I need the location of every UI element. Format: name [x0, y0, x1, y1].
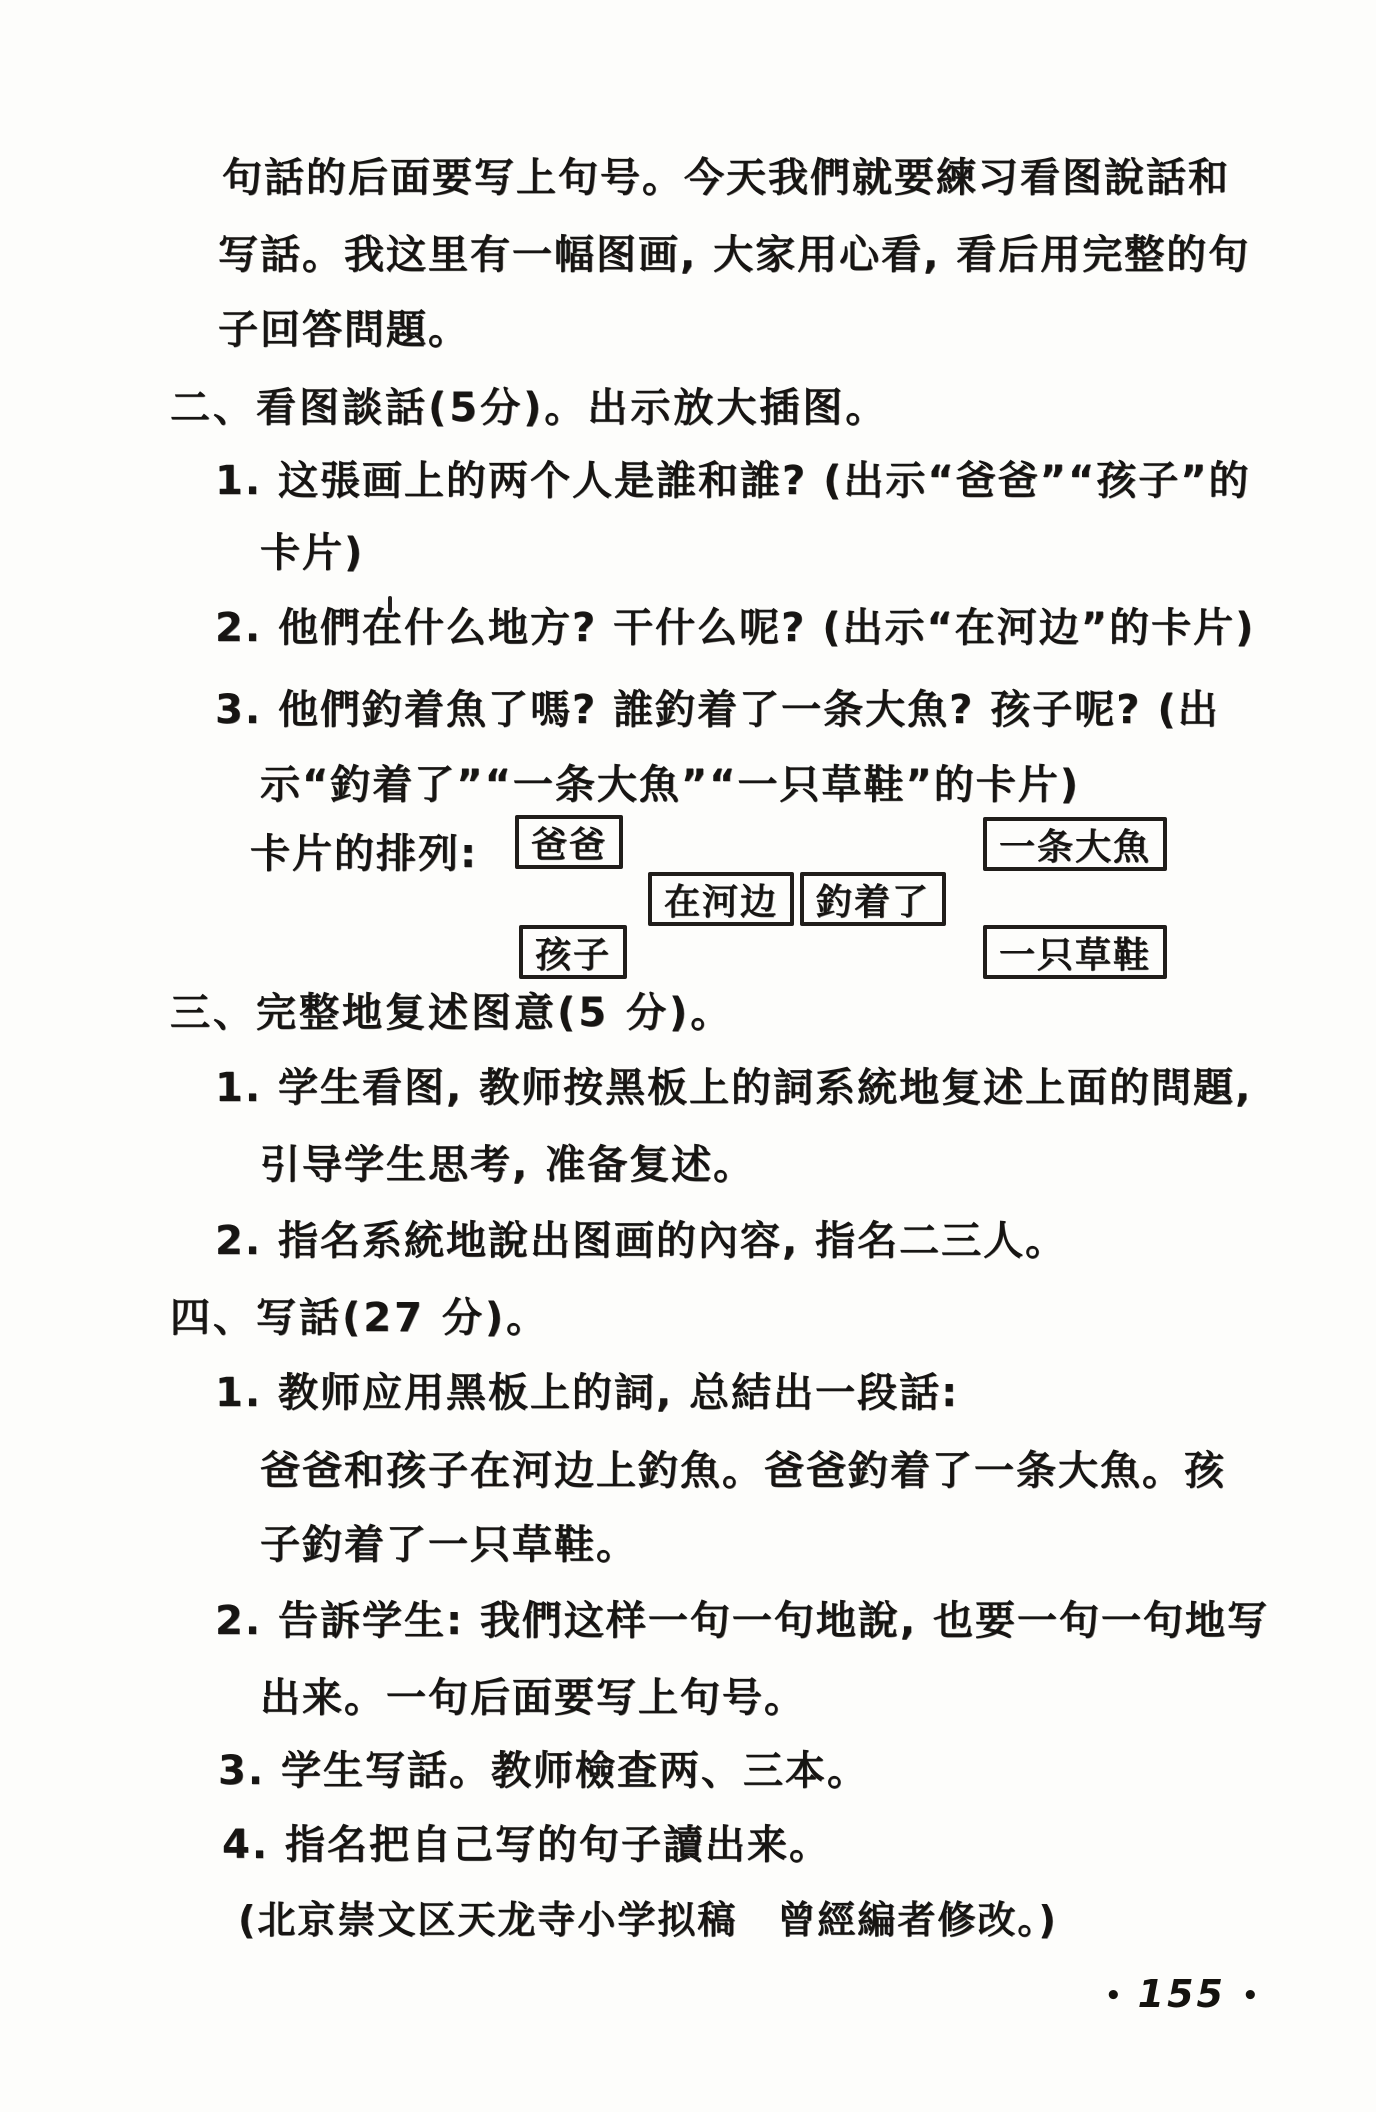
card-big-fish: 一条大魚: [983, 817, 1167, 871]
section-two-item-3-line-2: 示“釣着了”“一条大魚”“一只草鞋”的卡片): [260, 762, 1080, 808]
section-four-item-2-line-2: 出来。一句后面要写上句号。: [260, 1675, 806, 1721]
section-four-item-2-line-1: 2. 告訴学生: 我們这样一句一句地說, 也要一句一句地写: [215, 1598, 1269, 1644]
card-riverside: 在河边: [648, 872, 794, 926]
section-four-item-3: 3. 学生写話。教师檢查两、三本。: [218, 1748, 869, 1794]
scanned-document-page: 句話的后面要写上句号。今天我們就要練习看图說話和 写話。我这里有一幅图画, 大家…: [0, 0, 1376, 2112]
card-straw-sandal: 一只草鞋: [983, 925, 1167, 979]
intro-line-3: 子回答問題。: [218, 307, 470, 353]
intro-line-2: 写話。我这里有一幅图画, 大家用心看, 看后用完整的句: [218, 232, 1250, 278]
section-two-item-1-line-1: 1. 这張画上的两个人是誰和誰? (出示“爸爸”“孩子”的: [215, 458, 1251, 504]
section-two-item-3-line-1: 3. 他們釣着魚了嗎? 誰釣着了一条大魚? 孩子呢? (出: [215, 687, 1220, 733]
section-four-item-1-line-1: 1. 教师应用黑板上的詞, 总結出一段話:: [215, 1370, 959, 1416]
section-two-heading: 二、看图談話(5分)。出示放大插图。: [170, 385, 888, 431]
section-three-item-2: 2. 指名系統地說出图画的內容, 指名二三人。: [215, 1218, 1067, 1264]
section-four-item-1-line-3: 子釣着了一只草鞋。: [260, 1522, 638, 1568]
card-arrangement-diagram: 卡片的排列: 爸爸 一条大魚 在河边 釣着了 孩子 一只草鞋: [0, 812, 1376, 992]
card-caught: 釣着了: [800, 872, 946, 926]
card-arrangement-label: 卡片的排列:: [250, 822, 478, 879]
page-number-dot-left: •: [1105, 1981, 1122, 2011]
page-number: • 155 •: [1105, 1972, 1259, 2016]
section-three-item-1-line-2: 引导学生思考, 准备复述。: [260, 1142, 755, 1188]
section-two-item-2: 2. 他們在什么地方? 干什么呢? (出示“在河边”的卡片): [215, 605, 1255, 651]
section-two-item-1-line-2: 卡片): [260, 530, 364, 576]
section-four-item-4: 4. 指名把自己写的句子讀出来。: [222, 1822, 831, 1868]
intro-line-1: 句話的后面要写上句号。今天我們就要練习看图說話和: [222, 155, 1230, 201]
attribution-line: (北京崇文区天龙寺小学拟稿 曾經編者修改。): [238, 1897, 1058, 1943]
card-dad: 爸爸: [515, 815, 623, 869]
section-three-heading: 三、完整地复述图意(5 分)。: [170, 990, 733, 1036]
section-three-item-1-line-1: 1. 学生看图, 教师按黑板上的詞系統地复述上面的問題,: [215, 1065, 1252, 1111]
card-child: 孩子: [519, 925, 627, 979]
section-four-item-1-line-2: 爸爸和孩子在河边上釣魚。爸爸釣着了一条大魚。孩: [260, 1448, 1226, 1494]
page-number-dot-right: •: [1242, 1981, 1259, 2011]
section-four-heading: 四、写話(27 分)。: [170, 1295, 549, 1341]
page-number-value: 155: [1138, 1972, 1226, 2016]
